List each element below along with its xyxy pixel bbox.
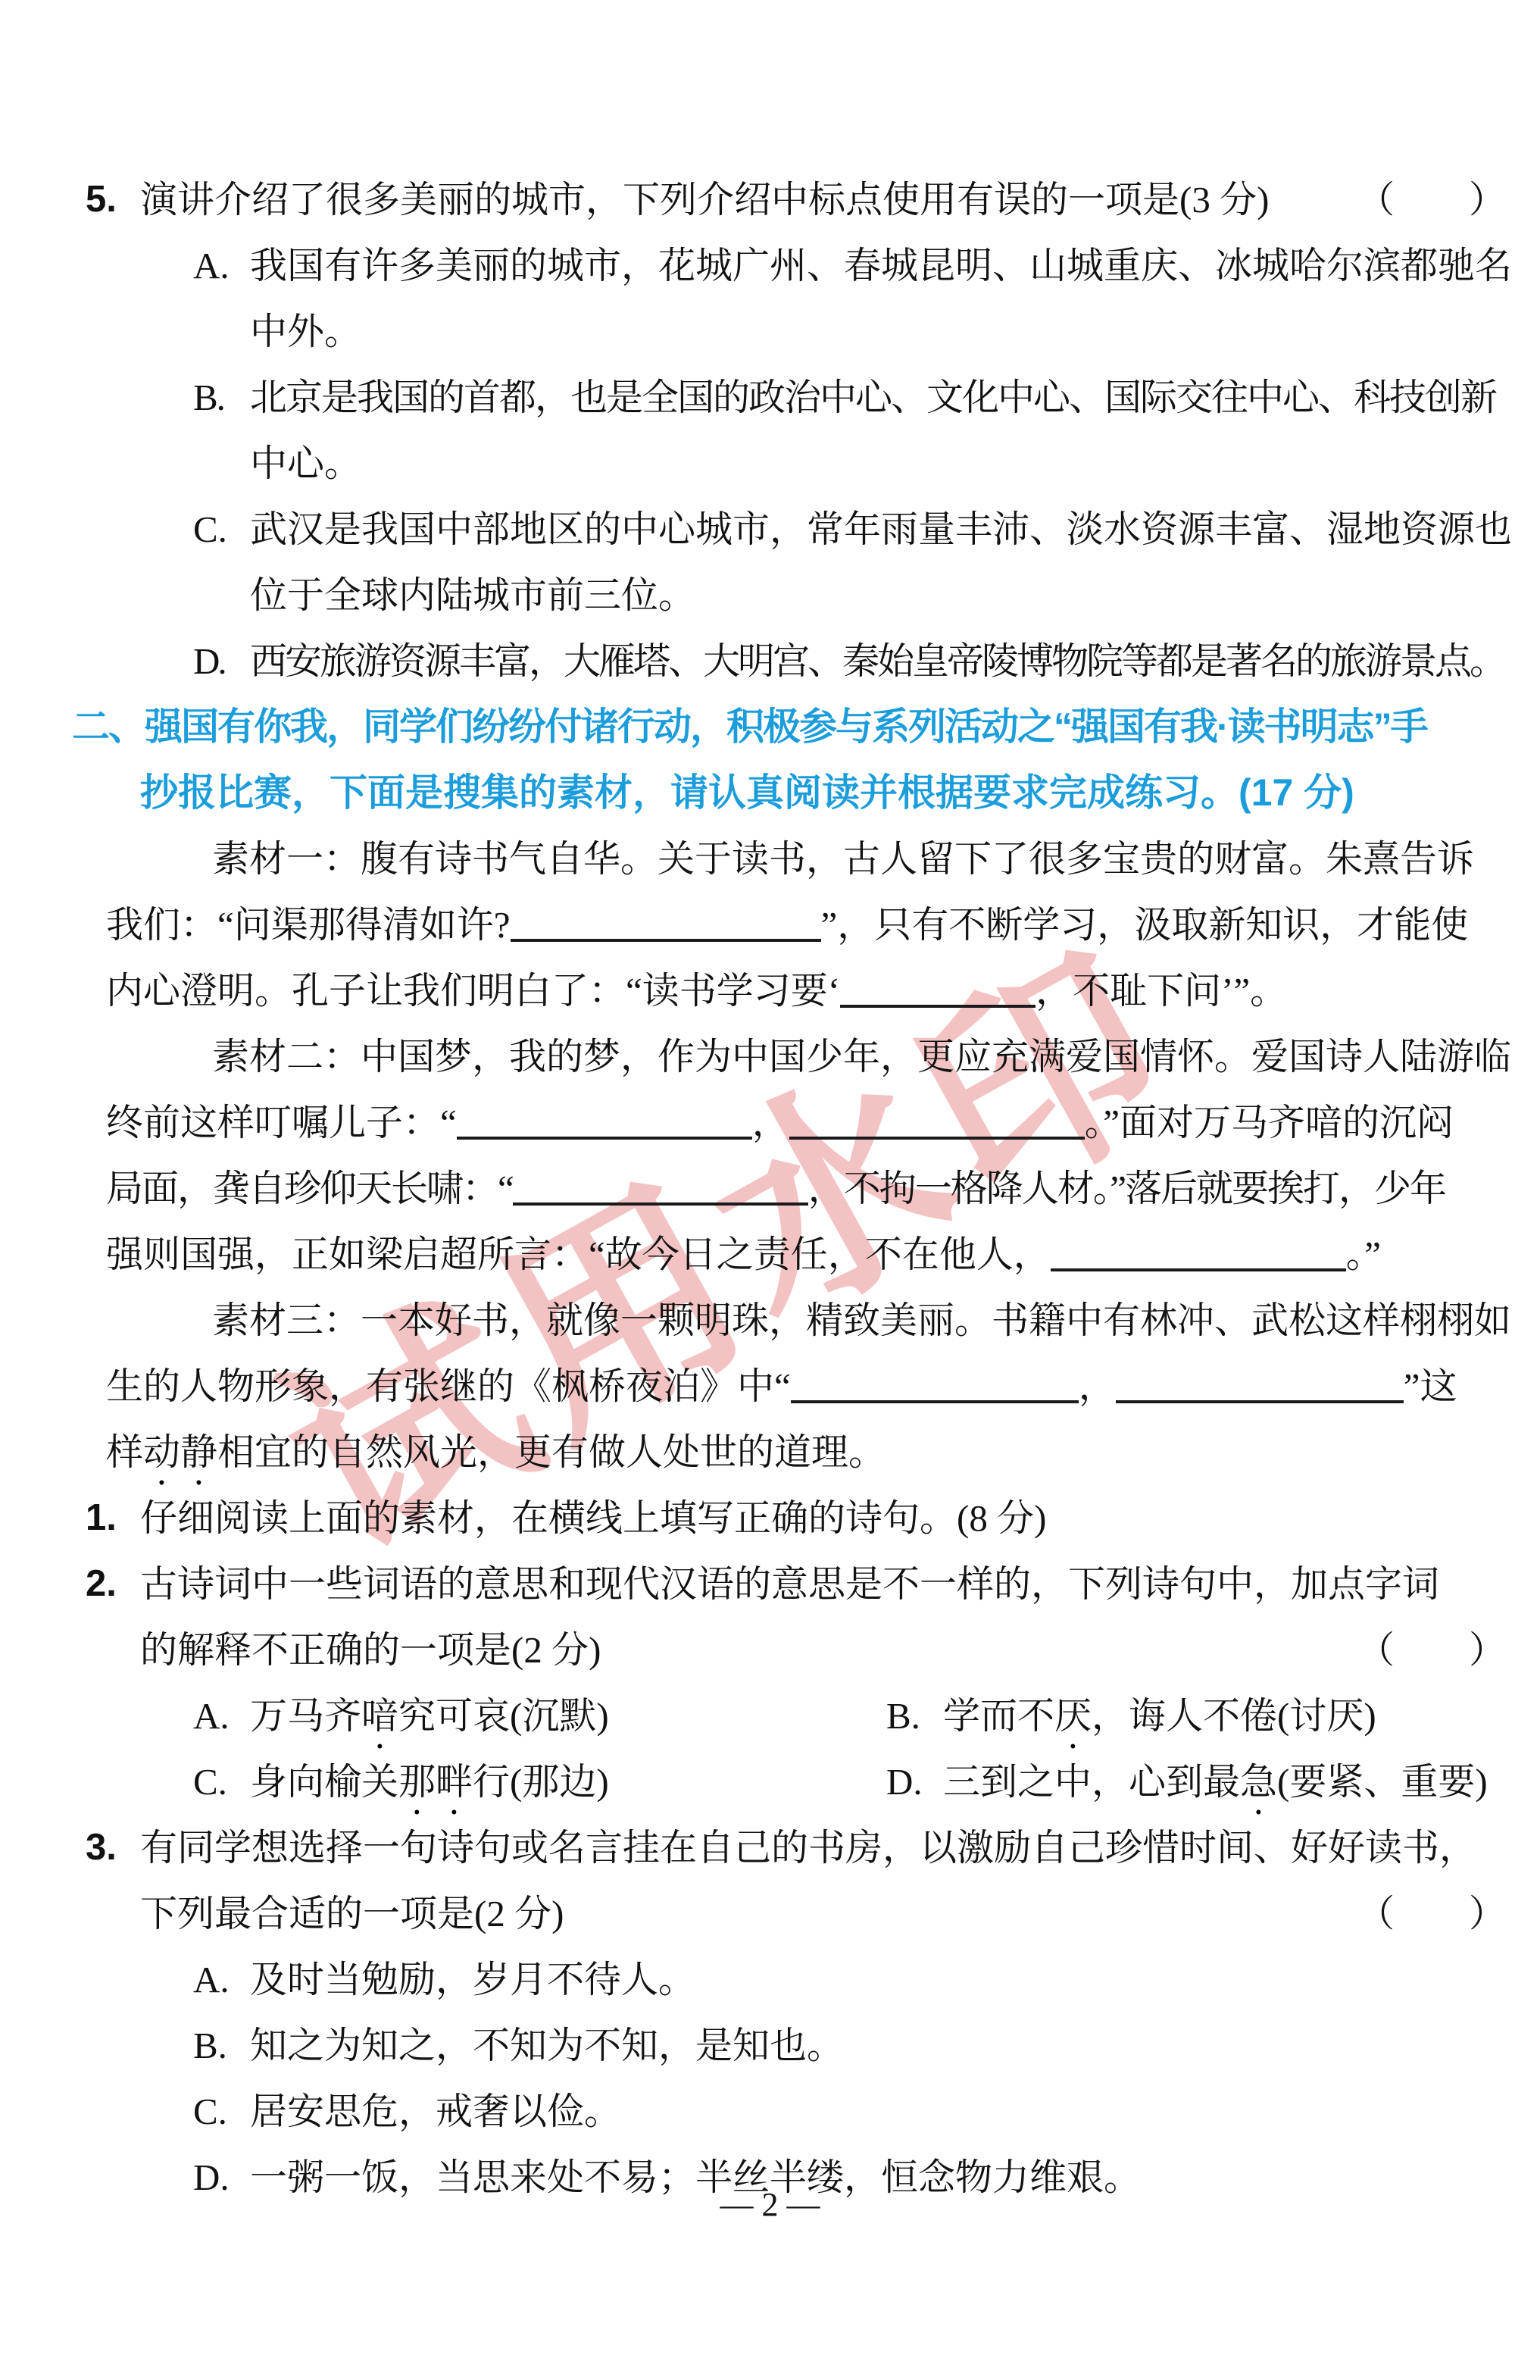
- question-3-stem-line1: 有同学想选择一句诗句或名言挂在自己的书房，以激励自己珍惜时间、好好读书，: [140, 1815, 1476, 1881]
- question-3-stem-row2: 下列最合适的一项是(2 分) （ ）: [0, 1881, 1540, 1947]
- material-2-line3-text: 局面，龚自珍仰天长啸：“: [106, 1168, 513, 1209]
- q3-option-a[interactable]: A.及时当勉励，岁月不待人。: [0, 1947, 1540, 2013]
- fill-in-blank-3[interactable]: [457, 1099, 752, 1140]
- q5-option-a[interactable]: A.我国有许多美丽的城市，花城广州、春城昆明、山城重庆、冰城哈尔滨都驰名: [0, 233, 1540, 299]
- q2-option-d-label: D.: [886, 1749, 943, 1815]
- material-1-line1: 素材一：腹有诗书气自华。关于读书，古人留下了很多宝贵的财富。朱熹告诉: [0, 826, 1540, 892]
- q2-option-a-label: A.: [193, 1683, 250, 1749]
- material-3-line3-text2: 相宜的自然风光，更有做人处世的道理。: [217, 1431, 886, 1473]
- material-2-line4-text: 强则国强，正如梁启超所言：“故今日之责任，不在他人，: [106, 1234, 1051, 1275]
- material-3-line2-text: 生的人物形象，有张继的《枫桥夜泊》中“: [106, 1365, 791, 1407]
- q2-option-a-post: 究可哀(沉默): [398, 1695, 609, 1737]
- q3-option-c-label: C.: [193, 2078, 250, 2144]
- q2-options-row1: A.万马齐喑究可哀(沉默)B.学而不厌，诲人不倦(讨厌): [0, 1683, 1540, 1749]
- question-5-number: 5.: [86, 167, 140, 233]
- q2-option-c-label: C.: [193, 1749, 250, 1815]
- q3-option-c-text: 居安思危，戒奢以俭。: [250, 2091, 621, 2132]
- q5-option-b-cont: 中心。: [0, 430, 1540, 496]
- question-2-number: 2.: [86, 1551, 140, 1617]
- material-1-line3-text: 内心澄明。孔子让我们明白了：“读书学习要‘: [106, 970, 840, 1012]
- material-1-line2-text2: ”，只有不断学习，汲取新知识，才能使: [821, 904, 1469, 946]
- question-3-stem-row: 3. 有同学想选择一句诗句或名言挂在自己的书房，以激励自己珍惜时间、好好读书，: [0, 1815, 1540, 1881]
- material-3-line2: 生的人物形象，有张继的《枫桥夜泊》中“，”这: [0, 1353, 1540, 1419]
- q2-option-d-post: (要紧、重要): [1277, 1761, 1488, 1803]
- material-3-line2-comma: ，: [1079, 1365, 1116, 1407]
- fill-in-blank-4[interactable]: [789, 1099, 1085, 1140]
- material-3-line1: 素材三：一本好书，就像一颗明珠，精致美丽。书籍中有林冲、武松这样栩栩如: [0, 1287, 1540, 1353]
- question-2-answer-bracket[interactable]: （ ）: [1357, 1617, 1506, 1683]
- question-3-stem-line2: 下列最合适的一项是(2 分): [140, 1881, 564, 1947]
- material-3-emphasized-chars: 动静: [143, 1431, 217, 1473]
- q5-option-b-text: 北京是我国的首都，也是全国的政治中心、文化中心、国际交往中心、科技创新: [250, 377, 1496, 418]
- material-1-line3: 内心澄明。孔子让我们明白了：“读书学习要‘，不耻下问’”。: [0, 958, 1540, 1024]
- page-number: — 2 —: [0, 2182, 1540, 2228]
- material-2-line4: 强则国强，正如梁启超所言：“故今日之责任，不在他人，。”: [0, 1221, 1540, 1287]
- material-2-line3-text2: ，不拘一格降人材。”落后就要挨打，少年: [808, 1168, 1445, 1209]
- question-1-number: 1.: [86, 1485, 140, 1551]
- fill-in-blank-6[interactable]: [1051, 1231, 1346, 1271]
- q2-option-d-pre: 三到之中，心到最: [943, 1761, 1240, 1803]
- material-2-line3: 局面，龚自珍仰天长啸：“，不拘一格降人材。”落后就要挨打，少年: [0, 1156, 1540, 1221]
- q2-option-c[interactable]: C.身向榆关那畔行(那边): [193, 1749, 886, 1823]
- material-2-line1: 素材二：中国梦，我的梦，作为中国少年，更应充满爱国情怀。爱国诗人陆游临: [0, 1024, 1540, 1090]
- q5-option-a-label: A.: [193, 233, 250, 299]
- q3-option-c[interactable]: C.居安思危，戒奢以俭。: [0, 2078, 1540, 2144]
- question-1-text: 仔细阅读上面的素材，在横线上填写正确的诗句。(8 分): [140, 1485, 1046, 1551]
- q2-option-c-pre: 身向榆关: [250, 1761, 398, 1803]
- q5-option-d-label: D.: [193, 628, 250, 694]
- q2-option-b-post: ，诲人不倦(讨厌): [1092, 1695, 1376, 1737]
- material-2-line4-text2: 。”: [1346, 1234, 1381, 1275]
- material-3-line2-text2: ”这: [1404, 1365, 1457, 1407]
- material-2-line2: 终前这样叮嘱儿子：“，。”面对万马齐喑的沉闷: [0, 1090, 1540, 1156]
- question-1-row: 1. 仔细阅读上面的素材，在横线上填写正确的诗句。(8 分): [0, 1485, 1540, 1551]
- q2-option-a[interactable]: A.万马齐喑究可哀(沉默): [193, 1683, 886, 1757]
- fill-in-blank-8[interactable]: [1116, 1363, 1404, 1403]
- material-2-line2-text: 终前这样叮嘱儿子：“: [106, 1102, 457, 1143]
- q5-option-c-text: 武汉是我国中部地区的中心城市，常年雨量丰沛、淡水资源丰富、湿地资源也: [250, 508, 1512, 550]
- q5-option-a-text: 我国有许多美丽的城市，花城广州、春城昆明、山城重庆、冰城哈尔滨都驰名: [250, 245, 1512, 286]
- q3-option-b-label: B.: [193, 2013, 250, 2078]
- question-5-answer-bracket[interactable]: （ ）: [1357, 167, 1506, 233]
- q5-option-a-cont: 中外。: [0, 299, 1540, 364]
- fill-in-blank-1[interactable]: [511, 902, 821, 942]
- q5-option-b-label: B.: [193, 364, 250, 430]
- section-2-header-line1: 二、强国有你我，同学们纷纷付诸行动，积极参与系列活动之“强国有我·读书明志”手: [0, 694, 1540, 760]
- section-2-header-line2: 抄报比赛，下面是搜集的素材，请认真阅读并根据要求完成练习。(17 分): [0, 760, 1540, 826]
- q5-option-d-text: 西安旅游资源丰富，大雁塔、大明宫、秦始皇帝陵博物院等都是著名的旅游景点。: [250, 640, 1504, 682]
- q2-option-b[interactable]: B.学而不厌，诲人不倦(讨厌): [886, 1695, 1376, 1737]
- q2-option-b-pre: 学而不: [943, 1695, 1054, 1737]
- material-2-line2-comma: ，: [752, 1102, 789, 1143]
- question-3-answer-bracket[interactable]: （ ）: [1357, 1881, 1506, 1947]
- material-1-line2: 我们：“问渠那得清如许?”，只有不断学习，汲取新知识，才能使: [0, 892, 1540, 958]
- material-2-line2-text2: 。”面对万马齐喑的沉闷: [1085, 1102, 1454, 1143]
- question-2-stem-row2: 的解释不正确的一项是(2 分) （ ）: [0, 1617, 1540, 1683]
- q2-option-d[interactable]: D.三到之中，心到最急(要紧、重要): [886, 1761, 1488, 1803]
- q2-option-b-label: B.: [886, 1683, 943, 1749]
- q2-option-b-dotted: 厌: [1054, 1695, 1092, 1737]
- fill-in-blank-5[interactable]: [513, 1165, 808, 1206]
- q5-option-b[interactable]: B.北京是我国的首都，也是全国的政治中心、文化中心、国际交往中心、科技创新: [0, 364, 1540, 430]
- fill-in-blank-7[interactable]: [791, 1363, 1079, 1403]
- page-content: 5. 演讲介绍了很多美丽的城市，下列介绍中标点使用有误的一项是(3 分) （ ）…: [0, 167, 1540, 2210]
- question-2-stem-line1: 古诗词中一些词语的意思和现代汉语的意思是不一样的，下列诗句中，加点字词: [140, 1551, 1439, 1617]
- q5-option-c[interactable]: C.武汉是我国中部地区的中心城市，常年雨量丰沛、淡水资源丰富、湿地资源也: [0, 496, 1540, 562]
- q5-option-d[interactable]: D.西安旅游资源丰富，大雁塔、大明宫、秦始皇帝陵博物院等都是著名的旅游景点。: [0, 628, 1540, 694]
- q5-option-c-cont: 位于全球内陆城市前三位。: [0, 562, 1540, 628]
- q3-option-a-text: 及时当勉励，岁月不待人。: [250, 1959, 695, 2000]
- q5-option-c-label: C.: [193, 496, 250, 562]
- material-3-line3: 样动静相宜的自然风光，更有做人处世的道理。: [0, 1419, 1540, 1485]
- fill-in-blank-2[interactable]: [840, 968, 1036, 1008]
- q2-option-d-dotted: 急: [1240, 1761, 1277, 1803]
- material-1-line3-text2: ，不耻下问’”。: [1036, 970, 1287, 1012]
- material-1-line2-text: 我们：“问渠那得清如许?: [106, 904, 511, 946]
- question-2-stem-row: 2. 古诗词中一些词语的意思和现代汉语的意思是不一样的，下列诗句中，加点字词: [0, 1551, 1540, 1617]
- question-5-stem-row: 5. 演讲介绍了很多美丽的城市，下列介绍中标点使用有误的一项是(3 分) （ ）: [0, 167, 1540, 233]
- q3-option-b-text: 知之为知之，不知为不知，是知也。: [250, 2025, 844, 2066]
- question-2-stem-line2: 的解释不正确的一项是(2 分): [140, 1617, 601, 1683]
- q2-options-row2: C.身向榆关那畔行(那边)D.三到之中，心到最急(要紧、重要): [0, 1749, 1540, 1815]
- question-3-number: 3.: [86, 1815, 140, 1881]
- material-3-line3-text: 样: [106, 1431, 143, 1473]
- exam-page: 试用水印 5. 演讲介绍了很多美丽的城市，下列介绍中标点使用有误的一项是(3 分…: [0, 0, 1540, 2380]
- q2-option-c-post: 行(那边): [473, 1761, 609, 1803]
- q3-option-a-label: A.: [193, 1947, 250, 2013]
- q2-option-c-dotted: 那畔: [398, 1761, 473, 1803]
- q3-option-b[interactable]: B.知之为知之，不知为不知，是知也。: [0, 2013, 1540, 2078]
- q2-option-a-dotted: 喑: [361, 1695, 398, 1737]
- q2-option-a-pre: 万马齐: [250, 1695, 361, 1737]
- question-5-stem: 演讲介绍了很多美丽的城市，下列介绍中标点使用有误的一项是(3 分): [140, 167, 1269, 233]
